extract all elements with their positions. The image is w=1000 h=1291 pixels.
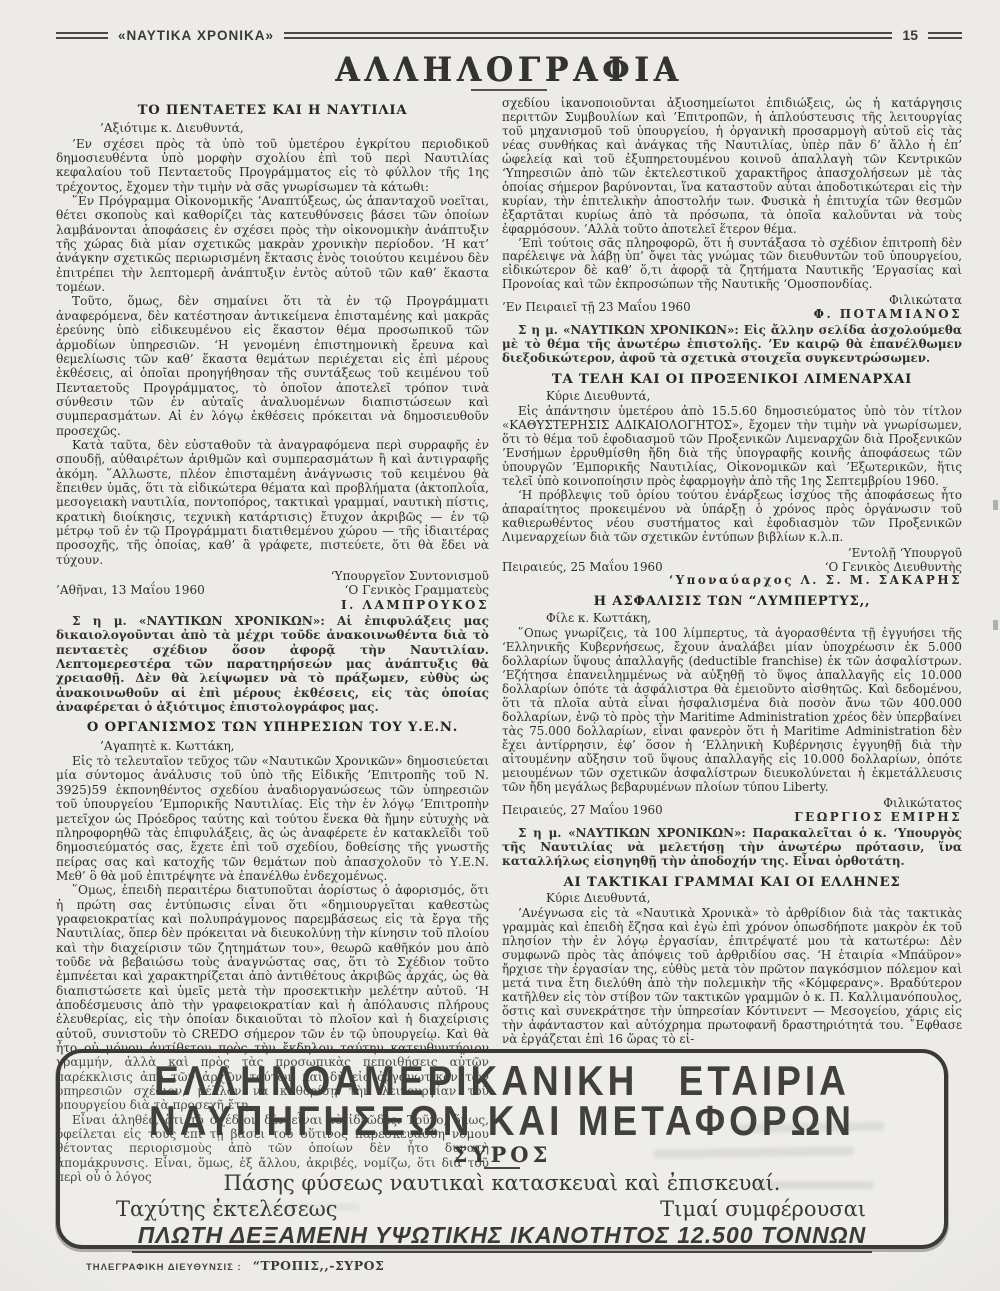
- letter3-paragraph: ‘Η πρόβλεψις τοῦ ὁρίου τούτου ἐνάρξεως ἰ…: [502, 489, 962, 545]
- ad-telegraph-address: ΤΗΛΕΓΡΑΦΙΚΗ ΔΙΕΥΘΥΝΣΙΣ : “ΤΡΟΠΙΣ,,-ΣΥΡΟΣ: [86, 1255, 944, 1274]
- letter3-heading: ΤΑ ΤΕΛΗ ΚΑΙ ΟΙ ΠΡΟΞΕΝΙΚΟΙ ΛΙΜΕΝΑΡΧΑΙ: [502, 373, 962, 387]
- header-rule-left: [56, 32, 108, 39]
- letter2-paragraph: ’Επὶ τούτοις σᾶς πληροφορῶ, ὅτι ἡ συντάξ…: [502, 237, 962, 293]
- letter4-closing: Φιλικώτατος: [794, 797, 962, 811]
- page-title: ΑΛΛΗΛΟΓΡΑΦΙΑ: [335, 51, 682, 90]
- title-block: ΑΛΛΗΛΟΓΡΑΦΙΑ: [56, 52, 962, 91]
- header-rule-right: [928, 32, 962, 39]
- letter3-salutation: Κύριε Διευθυντά,: [502, 390, 962, 404]
- letter3-signature: Πειραιεύς, 25 Μαΐου 1960 ’Εντολῇ ‘Υπουργ…: [502, 547, 962, 589]
- letter1-paragraph: Τοῦτο, ὅμως, δὲν σημαίνει ὅτι τὰ ἐν τῷ Π…: [56, 294, 489, 437]
- letter3-signer: ‘Υποναύαρχος Λ. Σ. Μ. ΣΑΚΑΡΗΣ: [669, 574, 962, 588]
- letter2-continuation: σχεδίου ἱκανοποιοῦνται ἀξιοσημείωτοι ἐπι…: [502, 97, 962, 237]
- letter2-closing: Φιλικώτατα: [814, 294, 962, 308]
- ink-bleed-artifact: [180, 1203, 360, 1211]
- letter1-signer: Ι. ΛΑΜΠΡΟΥΚΟΣ: [331, 598, 489, 612]
- editor-note: Σ η μ. «ΝΑΥΤΙΚΩΝ ΧΡΟΝΙΚΩΝ»: Αἱ ἐπιφυλάξε…: [56, 614, 489, 714]
- letter4-salutation: Φίλε κ. Κωττάκη,: [502, 612, 962, 626]
- letter1-paragraph: Κατὰ ταῦτα, δὲν εὐσταθοῦν τὰ ἀναγραφόμεν…: [56, 438, 489, 567]
- scan-artifact: [993, 620, 998, 630]
- letter5-heading: ΑΙ ΤΑΚΤΙΚΑΙ ΓΡΑΜΜΑΙ ΚΑΙ ΟΙ ΕΛΛΗΝΕΣ: [502, 876, 962, 890]
- letter3-date: Πειραιεύς, 25 Μαΐου 1960: [502, 561, 663, 575]
- advertisement-box: ΕΛΛΗΝΟΑΜΕΡΙΚΑΝΙΚΗ ΕΤΑΙΡΙΑ ΝΑΥΠΗΓΗΣΕΩΝ ΚΑ…: [56, 1049, 948, 1249]
- ink-bleed-artifact: [754, 1181, 874, 1189]
- letter4-date: Πειραιεύς, 27 Μαΐου 1960: [502, 804, 663, 818]
- letter1-date: ’Αθῆναι, 13 Μαΐου 1960: [56, 583, 205, 597]
- magazine-page: «ΝΑΥΤΙΚΑ ΧΡΟΝΙΚΑ» 15 ΑΛΛΗΛΟΓΡΑΦΙΑ ΤΟ ΠΕΝ…: [0, 0, 1000, 1291]
- letter1-org: ‘Υπουργεῖον Συντονισμοῦ: [331, 569, 489, 583]
- letter2-paragraph: Εἰς τὸ τελευταῖον τεῦχος τῶν «Ναυτικῶν Χ…: [56, 754, 489, 883]
- letter4-signer: ΓΕΩΡΓΙΟΣ ΕΜΙΡΗΣ: [794, 811, 962, 825]
- ad-drydock-line: ΠΛΩΤΗ ΔΕΞΑΜΕΝΗ ΥΨΩΤΙΚΗΣ ΙΚΑΝΟΤΗΤΟΣ 12.50…: [132, 1222, 873, 1253]
- letter1-salutation: ’Αξιότιμε κ. Διευθυντά,: [56, 121, 489, 135]
- letter2-signer: Φ. ΠΟΤΑΜΙΑΝΟΣ: [814, 308, 962, 322]
- letter3-role: ‘Ο Γενικὸς Διευθυντὴς: [669, 561, 962, 575]
- ad-company-name-line2: ΝΑΥΠΗΓΗΣΕΩΝ ΚΑΙ ΜΕΤΑΦΟΡΩΝ: [60, 1099, 944, 1144]
- masthead: «ΝΑΥΤΙΚΑ ΧΡΟΝΙΚΑ»: [118, 28, 274, 43]
- left-column: ΤΟ ΠΕΝΤΑΕΤΕΣ ΚΑΙ Η ΝΑΥΤΙΛΙΑ ’Αξιότιμε κ.…: [56, 97, 489, 1184]
- letter3-byorder: ’Εντολῇ ‘Υπουργοῦ: [669, 547, 962, 561]
- letter1-role: ‘Ο Γενικὸς Γραμματεὺς: [331, 583, 489, 597]
- letter3-paragraph: Εἰς ἀπάντησιν ὑμετέρου ἀπὸ 15.5.60 δημοσ…: [502, 405, 962, 489]
- page-number: 15: [902, 27, 918, 43]
- letter5-paragraph: ’Ανέγνωσα εἰς τὰ «Ναυτικὰ Χρονικὰ» τὸ ἀρ…: [502, 907, 962, 1047]
- letter1-heading: ΤΟ ΠΕΝΤΑΕΤΕΣ ΚΑΙ Η ΝΑΥΤΙΛΙΑ: [56, 104, 489, 118]
- scan-artifact: [993, 500, 998, 510]
- letter1-paragraph: ’Εν σχέσει πρὸς τὰ ὑπὸ τοῦ ὑμετέρου ἐγκρ…: [56, 137, 489, 194]
- page-header: «ΝΑΥΤΙΚΑ ΧΡΟΝΙΚΑ» 15: [56, 26, 962, 44]
- ad-location-underline: [484, 1167, 520, 1169]
- ad-telegraph-value: “ΤΡΟΠΙΣ,,-ΣΥΡΟΣ: [253, 1258, 385, 1273]
- letter1-paragraph: ῞Εν Πρόγραμμα Οἰκονομικῆς ’Αναπτύξεως, ὡ…: [56, 194, 489, 294]
- letter2-heading: Ο ΟΡΓΑΝΙΣΜΟΣ ΤΩΝ ΥΠΗΡΕΣΙΩΝ ΤΟΥ Υ.Ε.Ν.: [56, 721, 489, 735]
- text-columns: ΤΟ ΠΕΝΤΑΕΤΕΣ ΚΑΙ Η ΝΑΥΤΙΛΙΑ ’Αξιότιμε κ.…: [56, 97, 962, 1184]
- letter2-salutation: ’Αγαπητὲ κ. Κωττάκη,: [56, 739, 489, 753]
- ad-prices-text: Τιμαί συμφέρουσαι: [660, 1196, 866, 1222]
- letter2-date: ’Εν Πειραιεῖ τῇ 23 Μαΐου 1960: [502, 301, 691, 315]
- header-rule-center: [284, 32, 892, 39]
- editor-note: Σ η μ. «ΝΑΥΤΙΚΩΝ ΧΡΟΝΙΚΩΝ»: Εἰς ἄλλην σε…: [502, 324, 962, 366]
- letter4-paragraph: ῞Οπως γνωρίζεις, τὰ 100 λίμπερτυς, τὰ ἀγ…: [502, 627, 962, 794]
- editor-note: Σ η μ. «ΝΑΥΤΙΚΩΝ ΧΡΟΝΙΚΩΝ»: Παρακαλεῖται…: [502, 827, 962, 869]
- letter5-salutation: Κύριε Διευθυντά,: [502, 892, 962, 906]
- right-column: σχεδίου ἱκανοποιοῦνται ἀξιοσημείωτοι ἐπι…: [502, 97, 962, 1184]
- letter4-signature: Πειραιεύς, 27 Μαΐου 1960 Φιλικώτατος ΓΕΩ…: [502, 797, 962, 825]
- letter2-signature: ’Εν Πειραιεῖ τῇ 23 Μαΐου 1960 Φιλικώτατα…: [502, 294, 962, 322]
- letter4-heading: Η ΑΣΦΑΛΙΣΙΣ ΤΩΝ “ΛΥΜΠΕΡΤΥΣ,,: [502, 595, 962, 609]
- letter1-signature: ’Αθῆναι, 13 Μαΐου 1960 ‘Υπουργεῖον Συντο…: [56, 569, 489, 612]
- ad-telegraph-label: ΤΗΛΕΓΡΑΦΙΚΗ ΔΙΕΥΘΥΝΣΙΣ :: [86, 1262, 242, 1273]
